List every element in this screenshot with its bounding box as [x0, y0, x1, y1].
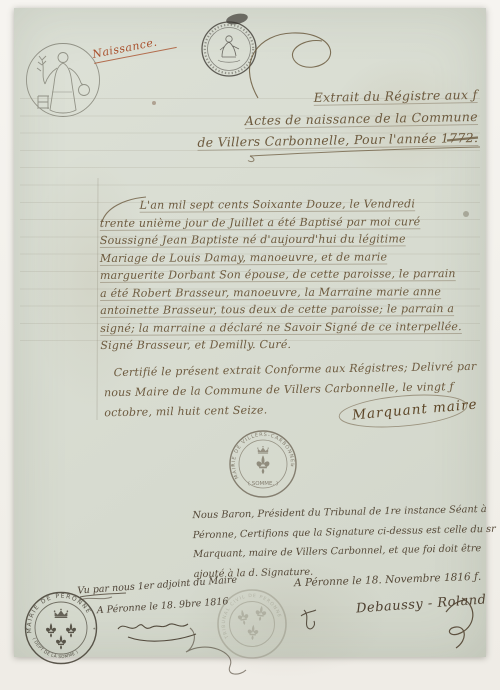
handwritten-line: L'an mil sept cents Soixante Douze, le V… [100, 195, 462, 214]
handwritten-line: trente unième jour de Juillet a été Bapt… [100, 213, 462, 232]
handwritten-line: Signé Brasseur, et Demilly. Curé. [100, 335, 462, 354]
handwritten-line: antoinette Brasseur, tous deux de cette … [100, 300, 462, 319]
extract-heading: Extrait du Régistre aux ƒ Actes de naiss… [197, 84, 479, 153]
baptism-act-paragraph: L'an mil sept cents Soixante Douze, le V… [100, 195, 462, 354]
handwritten-line: Mariage de Louis Damay, manoeuvre, et de… [100, 248, 462, 267]
handwritten-line: marguerite Dorbant Son épouse, de cette … [100, 265, 462, 284]
handwritten-line: a été Robert Brasseur, manoeuvre, la Mar… [100, 283, 462, 302]
handwritten-line: Soussigné Jean Baptiste né d'aujourd'hui… [100, 230, 462, 249]
handwritten-line: signé; la marraine a déclaré ne Savoir S… [100, 318, 462, 337]
scanned-document-page: MAIRIE DE VILLERS-CARBONNEL ( SOMME. ) *… [0, 0, 500, 690]
